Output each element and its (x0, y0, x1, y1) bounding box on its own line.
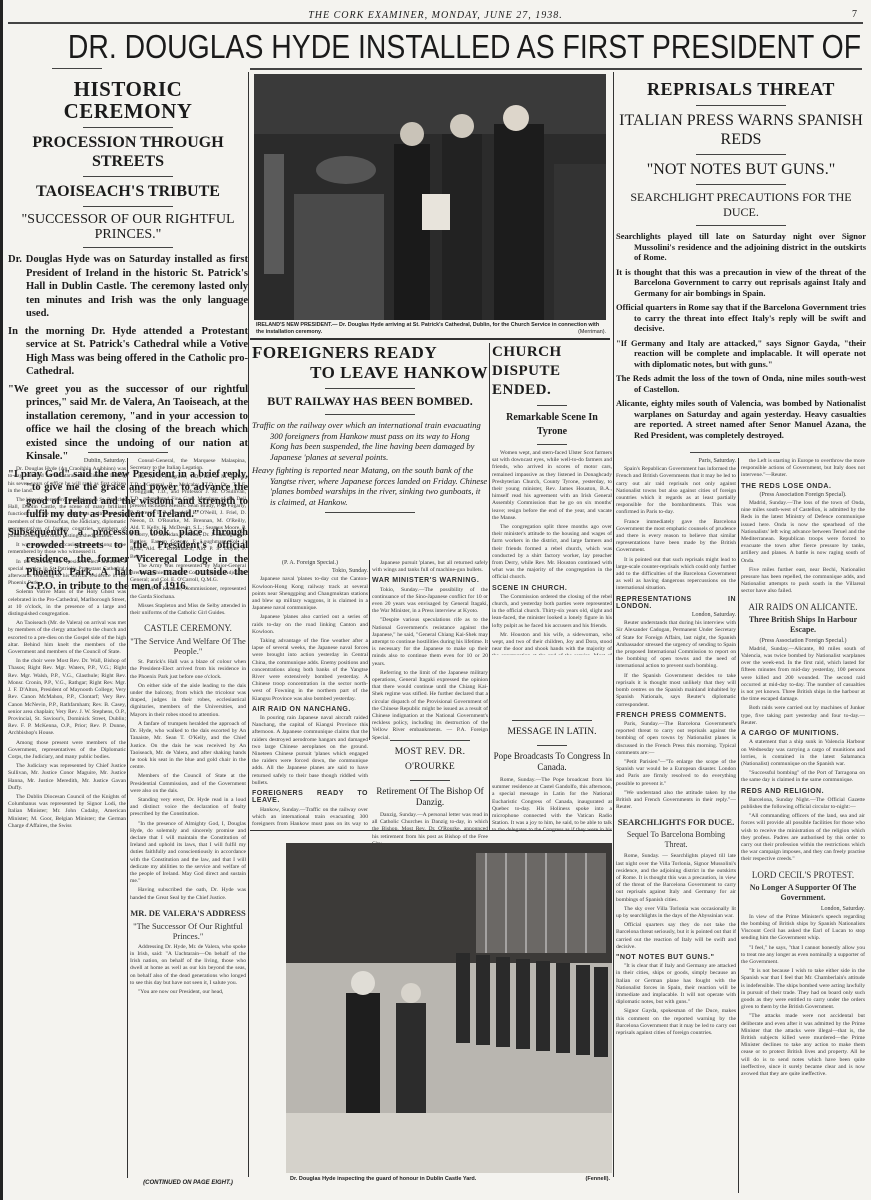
body-paragraph: Hankow, Sunday.—Traffic on the railway o… (252, 807, 368, 829)
body-paragraph: Japanese 'planes also carried out a seri… (252, 614, 368, 636)
hankow-lead: Traffic on the railway over which an int… (252, 420, 488, 507)
body-paragraph: Signor Gayda, spokesman of the Duce, mak… (616, 1008, 736, 1037)
top-photo (254, 74, 606, 320)
rule (390, 740, 470, 741)
body-paragraph: The historic ceremony took place in St. … (8, 497, 126, 540)
lead-paragraph: Traffic on the railway over which an int… (252, 420, 488, 462)
body-paragraph: Mr. M. J. Kinsane, Commissioner, represe… (130, 586, 246, 600)
body-paragraph: Women wept, and stern-faced Ulster Scot … (492, 450, 612, 522)
lead-paragraph: It is thought that this was a precaution… (616, 267, 866, 299)
right-body-col-2: the Left is starting in Europe to overth… (741, 458, 865, 1198)
lead-paragraph: The Reds admit the loss of the town of O… (616, 373, 866, 394)
page-number: 7 (852, 9, 857, 20)
rule (83, 176, 173, 177)
caption-text: Dr. Douglas Hyde inspecting the guard of… (290, 1176, 476, 1182)
body-paragraph: "We understand also the attitude taken b… (616, 790, 736, 812)
lead-paragraph: In the morning Dr. Hyde attended a Prote… (8, 325, 248, 379)
castle-ceremony-head: CASTLE CEREMONY. (130, 621, 246, 636)
air-raids-alicante-head: AIR RAIDS ON ALICANTE. (741, 600, 865, 615)
photo-credit: (Merriman). (578, 329, 606, 336)
lead-paragraph: Alicante, eighty miles south of Valencia… (616, 398, 866, 440)
castle-ceremony-deck: "The Service And Welfare Of The People." (130, 636, 246, 656)
body-paragraph: "Petit Parisien"—"To enlarge the scope o… (616, 759, 736, 788)
lord-cecil-deck: No Longer A Supporter Of The Government. (741, 883, 865, 903)
subhead: REPRESENTATIONS IN LONDON. (616, 596, 736, 610)
body-paragraph: Five miles further east, near Bechi, Nat… (741, 567, 865, 596)
body-paragraph: Consul-General, the Marquese Malaspina, … (130, 458, 246, 472)
left-body-col-1: Dublin, Saturday. Dr. Douglas Hyde (An C… (8, 458, 126, 1178)
banner-headline: DR. DOUGLAS HYDE INSTALLED AS FIRST PRES… (68, 28, 803, 66)
left-headline: HISTORIC CEREMONY (8, 78, 248, 122)
right-lead: Searchlights played till late on Saturda… (616, 231, 866, 440)
body-paragraph: It was a colourful occasion and one long… (8, 542, 126, 556)
body-paragraph: If the Spanish Government decides to tak… (616, 673, 736, 709)
body-paragraph: "Successful bombing" of the Port of Tarr… (741, 770, 865, 784)
hankow-col-1: (P. A. Foreign Special.) Tokio, Sunday. … (252, 560, 368, 828)
column-rule (489, 343, 490, 830)
body-paragraph: Japanese naval 'planes to-day cut the Ca… (252, 576, 368, 612)
body-paragraph: In the choir were Most Rev. Dr. Wall, Bi… (8, 658, 126, 737)
body-paragraph: Members of the Council of State at the P… (130, 773, 246, 795)
banner-rule (250, 68, 862, 70)
body-paragraph: "I feel," he says, "that I cannot honest… (741, 945, 865, 967)
rule (537, 405, 567, 406)
body-paragraph: "Despite various speculations rife as to… (372, 617, 488, 667)
body-paragraph: Rome, Sunday. — Searchlights played till… (616, 853, 736, 903)
body-paragraph: The Army was represented by Major-Genera… (130, 563, 246, 585)
rule (83, 206, 173, 207)
orourke-story: MOST REV. DR. O'ROURKE Retirement Of The… (372, 740, 488, 860)
body-paragraph: France immediately gave the Barcelona Go… (616, 519, 736, 555)
continued-link[interactable]: (CONTINUED ON PAGE EIGHT.) (130, 1180, 246, 1186)
body-paragraph: Solemn Votive Mass of the Holy Ghost was… (8, 589, 126, 618)
left-body-col-2: Consul-General, the Marquese Malaspina, … (130, 458, 246, 1198)
hankow-story: FOREIGNERS READY TO LEAVE HANKOW BUT RAI… (252, 343, 488, 518)
orourke-deck: Retirement Of The Bishop Of Danzig. (372, 786, 488, 808)
body-paragraph: Mr. Houston and his wife, a sidewoman, w… (492, 632, 612, 655)
dateline: Paris, Saturday. (616, 458, 736, 465)
subhead: REDS AND RELIGION. (741, 788, 865, 795)
body-paragraph: In the morning the President-elect atten… (8, 559, 126, 588)
right-deck-1: ITALIAN PRESS WARNS SPANISH REDS (616, 111, 866, 149)
body-paragraph: "The attacks made were not accidental bu… (741, 1013, 865, 1078)
body-paragraph: "It is not because I wish to take either… (741, 968, 865, 1011)
body-paragraph: Dr. Douglas Hyde (An Craoibhin Aoibhinn)… (8, 466, 126, 495)
body-paragraph: Japanese pursuit 'planes, but all return… (372, 560, 488, 574)
body-paragraph: Standing very erect, Dr. Hyde read in a … (130, 797, 246, 819)
body-paragraph: On either side of the aisle leading to t… (130, 683, 246, 719)
rule (696, 154, 786, 155)
body-paragraph: Having subscribed the oath, Dr. Hyde was… (130, 887, 246, 901)
rule (83, 127, 173, 128)
masthead: THE CORK EXAMINER, MONDAY, JUNE 27, 1938… (8, 8, 863, 24)
right-story: REPRISALS THREAT ITALIAN PRESS WARNS SPA… (616, 72, 866, 444)
de-valera-address-head: MR. DE VALERA'S ADDRESS (130, 906, 246, 921)
searchlights-duce-head: SEARCHLIGHTS FOR DUCE. (616, 815, 736, 830)
church-deck-1: Remarkable Scene In (492, 411, 612, 425)
body-paragraph: the Left is starting in Europe to overth… (741, 458, 865, 480)
church-body: Women wept, and stern-faced Ulster Scot … (492, 450, 612, 655)
rule (88, 452, 168, 453)
column-rule (738, 458, 739, 1193)
hankow-headline-1: FOREIGNERS READY (252, 343, 488, 363)
guard-of-honour-photo-icon (286, 843, 612, 1173)
column-rule (369, 560, 370, 740)
body-paragraph: Mr. W. T. Cosgrave, T.D.; Mr. J. M. Dill… (130, 474, 246, 560)
latin-deck: Pope Broadcasts To Congress In Canada. (492, 751, 612, 773)
left-deck-1: PROCESSION THROUGH STREETS (8, 133, 248, 171)
right-deck-3: SEARCHLIGHT PRECAUTIONS FOR THE DUCE. (616, 190, 866, 220)
rule (690, 452, 780, 453)
source-line: (Press Association Foreign Special.) (741, 638, 865, 645)
body-paragraph: In pouring rain Japanese naval aircraft … (252, 715, 368, 787)
lead-paragraph: Heavy fighting is reported near Matang, … (252, 465, 488, 507)
body-paragraph: Barcelona, Sunday Night.—The Official Ga… (741, 797, 865, 811)
section-rule (250, 830, 612, 831)
subhead: WAR MINISTER'S WARNING. (372, 577, 488, 584)
subhead: SCENE IN CHURCH. (492, 585, 612, 592)
top-photo-caption: IRELAND'S NEW PRESIDENT.— Dr. Douglas Hy… (256, 322, 606, 336)
body-paragraph: Paris, Sunday.—The Barcelona Government'… (616, 721, 736, 757)
de-valera-address-deck: "The Successor Of Our Rightful Princes." (130, 921, 246, 941)
dateline: Dublin, Saturday. (8, 458, 126, 465)
rule (537, 444, 567, 445)
lead-paragraph: Official quarters in Rome say that if th… (616, 302, 866, 334)
newspaper-page: THE CORK EXAMINER, MONDAY, JUNE 27, 1938… (0, 0, 871, 1200)
body-paragraph: Official quarters say they do not take t… (616, 922, 736, 951)
church-story: CHURCH DISPUTE ENDED. Remarkable Scene I… (492, 343, 612, 655)
lead-paragraph: Dr. Douglas Hyde was on Saturday install… (8, 253, 248, 321)
subhead: THE REDS LOSE ONDA. (741, 483, 865, 490)
hankow-headline-2: TO LEAVE HANKOW (252, 363, 488, 383)
latin-body: Rome, Sunday.—The Pope broadcast from hi… (492, 777, 612, 832)
body-paragraph: It is pointed out that such reprisals mi… (616, 557, 736, 593)
column-rule (248, 72, 249, 1177)
right-headline: REPRISALS THREAT (616, 78, 866, 100)
bottom-photo-caption: Dr. Douglas Hyde inspecting the guard of… (290, 1176, 610, 1183)
body-paragraph: The Commission ordered the closing of th… (492, 594, 612, 630)
rule (696, 184, 786, 185)
body-paragraph: The sky over Villa Torlonia was occasion… (616, 906, 736, 920)
caption-label: IRELAND'S NEW PRESIDENT. (256, 322, 332, 328)
page-edge (0, 0, 3, 1200)
lead-paragraph: "If Germany and Italy are attacked," say… (616, 338, 866, 370)
section-rule (250, 338, 610, 340)
lord-cecil-head: LORD CECIL'S PROTEST. (741, 868, 865, 883)
masthead-title: THE CORK EXAMINER, MONDAY, JUNE 27, 1938… (8, 10, 863, 21)
body-paragraph: "It is clear that if Italy and Germany a… (616, 963, 736, 1006)
hankow-deck: BUT RAILWAY HAS BEEN BOMBED. (252, 394, 488, 409)
latin-story: MESSAGE IN LATIN. Pope Broadcasts To Con… (492, 720, 612, 832)
body-paragraph: Referring to the limit of the Japanese m… (372, 670, 488, 740)
body-paragraph: Rome, Sunday.—The Pope broadcast from hi… (492, 777, 612, 832)
right-deck-2: "NOT NOTES BUT GUNS." (616, 160, 866, 179)
dateline: London, Saturday. (741, 906, 865, 913)
body-paragraph: Misses Stapleton and Miss de Selby atten… (130, 603, 246, 617)
rule (325, 388, 415, 389)
lead-paragraph: Searchlights played till late on Saturda… (616, 231, 866, 263)
right-body-col-1: Paris, Saturday. Spain's Republican Gove… (616, 458, 736, 1193)
body-paragraph: The Dublin Diocesan Council of the Knigh… (8, 794, 126, 830)
subhead: AIR RAID ON NANCHANG. (252, 706, 368, 713)
subhead: FOREIGNERS READY TO LEAVE. (252, 790, 368, 804)
air-raids-alicante-deck: Three British Ships In Harbour Escape. (741, 615, 865, 635)
body-paragraph: Among those present were members of the … (8, 740, 126, 762)
column-rule (127, 458, 128, 1178)
body-paragraph: Addressing Dr. Hyde, Mr. de Valera, who … (130, 944, 246, 987)
hankow-col-2: Japanese pursuit 'planes, but all return… (372, 560, 488, 740)
subhead: "NOT NOTES BUT GUNS." (616, 954, 736, 961)
rule (696, 225, 786, 226)
bottom-photo (286, 843, 612, 1173)
body-paragraph: Madrid, Sunday.—Alicante, 80 miles south… (741, 646, 865, 704)
left-deck-2: TAOISEACH'S TRIBUTE (8, 182, 248, 201)
body-paragraph: Taking advantage of the fine weather aft… (252, 638, 368, 703)
source-line: (P. A. Foreign Special.) (252, 560, 368, 567)
subhead: FRENCH PRESS COMMENTS. (616, 712, 736, 719)
orourke-headline: MOST REV. DR. O'ROURKE (372, 745, 488, 775)
subhead: A CARGO OF MUNITIONS. (741, 730, 865, 737)
searchlights-duce-deck: Sequel To Barcelona Bombing Threat. (616, 830, 736, 850)
body-paragraph: Reuter understands that during his inter… (616, 620, 736, 670)
rule (512, 720, 592, 721)
source-line: (Press Association Foreign Special). (741, 492, 865, 499)
rule (325, 512, 415, 513)
rule (696, 105, 786, 106)
body-paragraph: Madrid, Sunday.—The loss of the town of … (741, 500, 865, 565)
body-paragraph: Tokio, Sunday.—The possibility of the co… (372, 587, 488, 616)
dateline: London, Saturday. (616, 612, 736, 619)
dateline: Tokio, Sunday. (252, 568, 368, 575)
photo-credit: (Fennell). (586, 1176, 610, 1183)
body-paragraph: An Taoiseach (Mr. de Valera) on arrival … (8, 620, 126, 656)
column-rule (613, 72, 614, 1177)
rule (83, 247, 173, 248)
body-paragraph: A statement that a ship sunk in Valencia… (741, 739, 865, 768)
rule (325, 414, 415, 415)
church-deck-2: Tyrone (492, 425, 612, 439)
body-paragraph: Both raids were carried out by machines … (741, 705, 865, 727)
body-paragraph: The congregation split three months ago … (492, 524, 612, 582)
body-paragraph: A fanfare of trumpets heralded the appro… (130, 721, 246, 771)
body-paragraph: Spain's Republican Government has inform… (616, 466, 736, 516)
body-paragraph: "In the presence of Almighty God, I, Dou… (130, 821, 246, 886)
body-paragraph: In view of the Prime Minister's speech r… (741, 914, 865, 943)
body-paragraph: St. Patrick's Hall was a blaze of colour… (130, 659, 246, 681)
left-deck-3: "SUCCESSOR OF OUR RIGHTFUL PRINCES." (8, 212, 248, 242)
rule (537, 745, 567, 746)
banner-rule-left (52, 68, 102, 69)
body-paragraph: The Judiciary was represented by Chief J… (8, 763, 126, 792)
body-paragraph: "All commanding officers of the land, se… (741, 813, 865, 863)
body-paragraph: "You are now our President, our head, (130, 989, 246, 996)
latin-headline: MESSAGE IN LATIN. (492, 725, 612, 740)
rule (410, 780, 450, 781)
procession-photo-icon (254, 74, 606, 320)
church-headline: CHURCH DISPUTE ENDED. (492, 343, 572, 400)
